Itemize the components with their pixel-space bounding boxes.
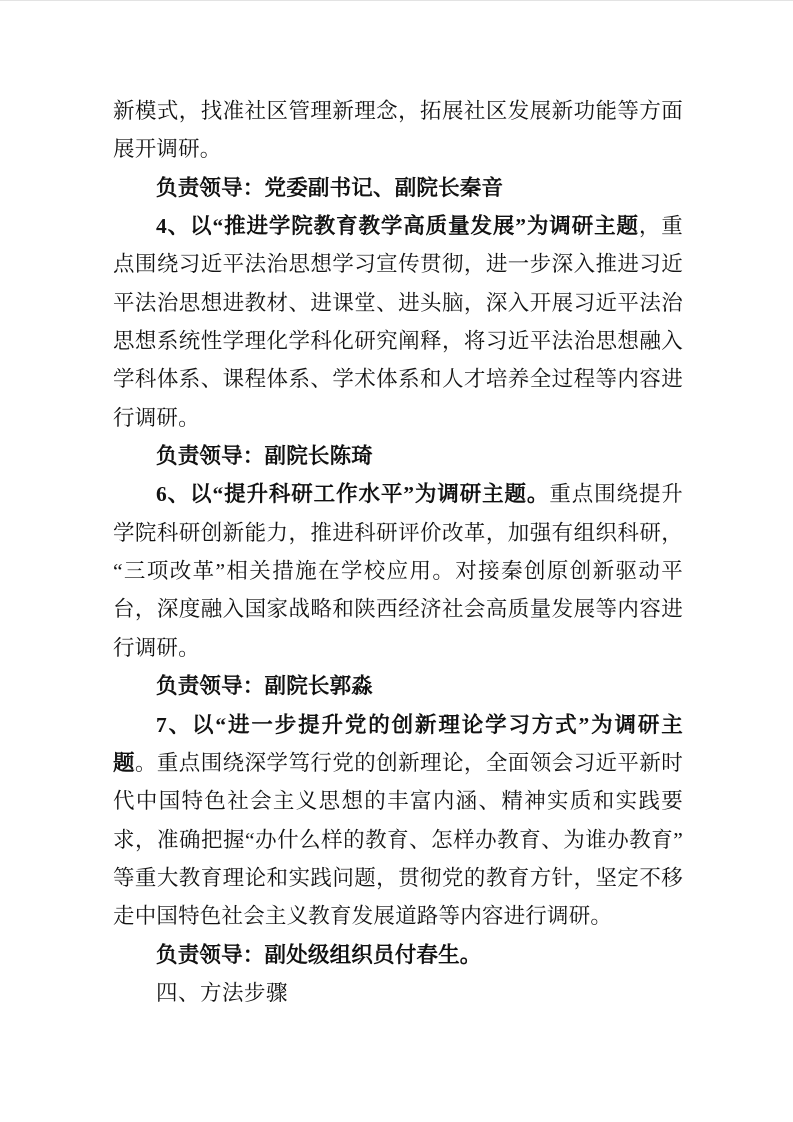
numbered-item-6: 6、以“提升科研工作水平”为调研主题。重点围绕提升学院科研创新能力，推进科研评价… <box>113 475 683 667</box>
leader-line-qin-yin: 负责领导：党委副书记、副院长秦音 <box>113 169 683 207</box>
document-page: 新模式，找准社区管理新理念，拓展社区发展新功能等方面展开调研。 负责领导：党委副… <box>0 0 793 1122</box>
leader-line-guo-miao: 负责领导：副院长郭淼 <box>113 667 683 705</box>
document-text-block: 新模式，找准社区管理新理念，拓展社区发展新功能等方面展开调研。 负责领导：党委副… <box>113 92 683 1012</box>
item-6-body: 重点围绕提升学院科研创新能力，推进科研评价改革，加强有组织科研，“三项改革”相关… <box>113 482 683 659</box>
leader-line-fu-chunsheng: 负责领导：副处级组织员付春生。 <box>113 936 683 974</box>
section-heading-methods: 四、方法步骤 <box>113 974 683 1012</box>
item-4-body: ，重点围绕习近平法治思想学习宣传贯彻，进一步深入推进习近平法治思想进教材、进课堂… <box>113 214 683 430</box>
paragraph-continuation: 新模式，找准社区管理新理念，拓展社区发展新功能等方面展开调研。 <box>113 92 683 169</box>
item-4-bold-lead: 4、以“推进学院教育教学高质量发展”为调研主题 <box>156 214 639 238</box>
numbered-item-7: 7、以“进一步提升党的创新理论学习方式”为调研主题。重点围绕深学笃行党的创新理论… <box>113 706 683 936</box>
item-7-body: 。重点围绕深学笃行党的创新理论，全面领会习近平新时代中国特色社会主义思想的丰富内… <box>113 751 683 928</box>
leader-line-chen-qi: 负责领导：副院长陈琦 <box>113 437 683 475</box>
numbered-item-4: 4、以“推进学院教育教学高质量发展”为调研主题，重点围绕习近平法治思想学习宣传贯… <box>113 207 683 437</box>
item-6-bold-lead: 6、以“提升科研工作水平”为调研主题。 <box>156 482 549 506</box>
